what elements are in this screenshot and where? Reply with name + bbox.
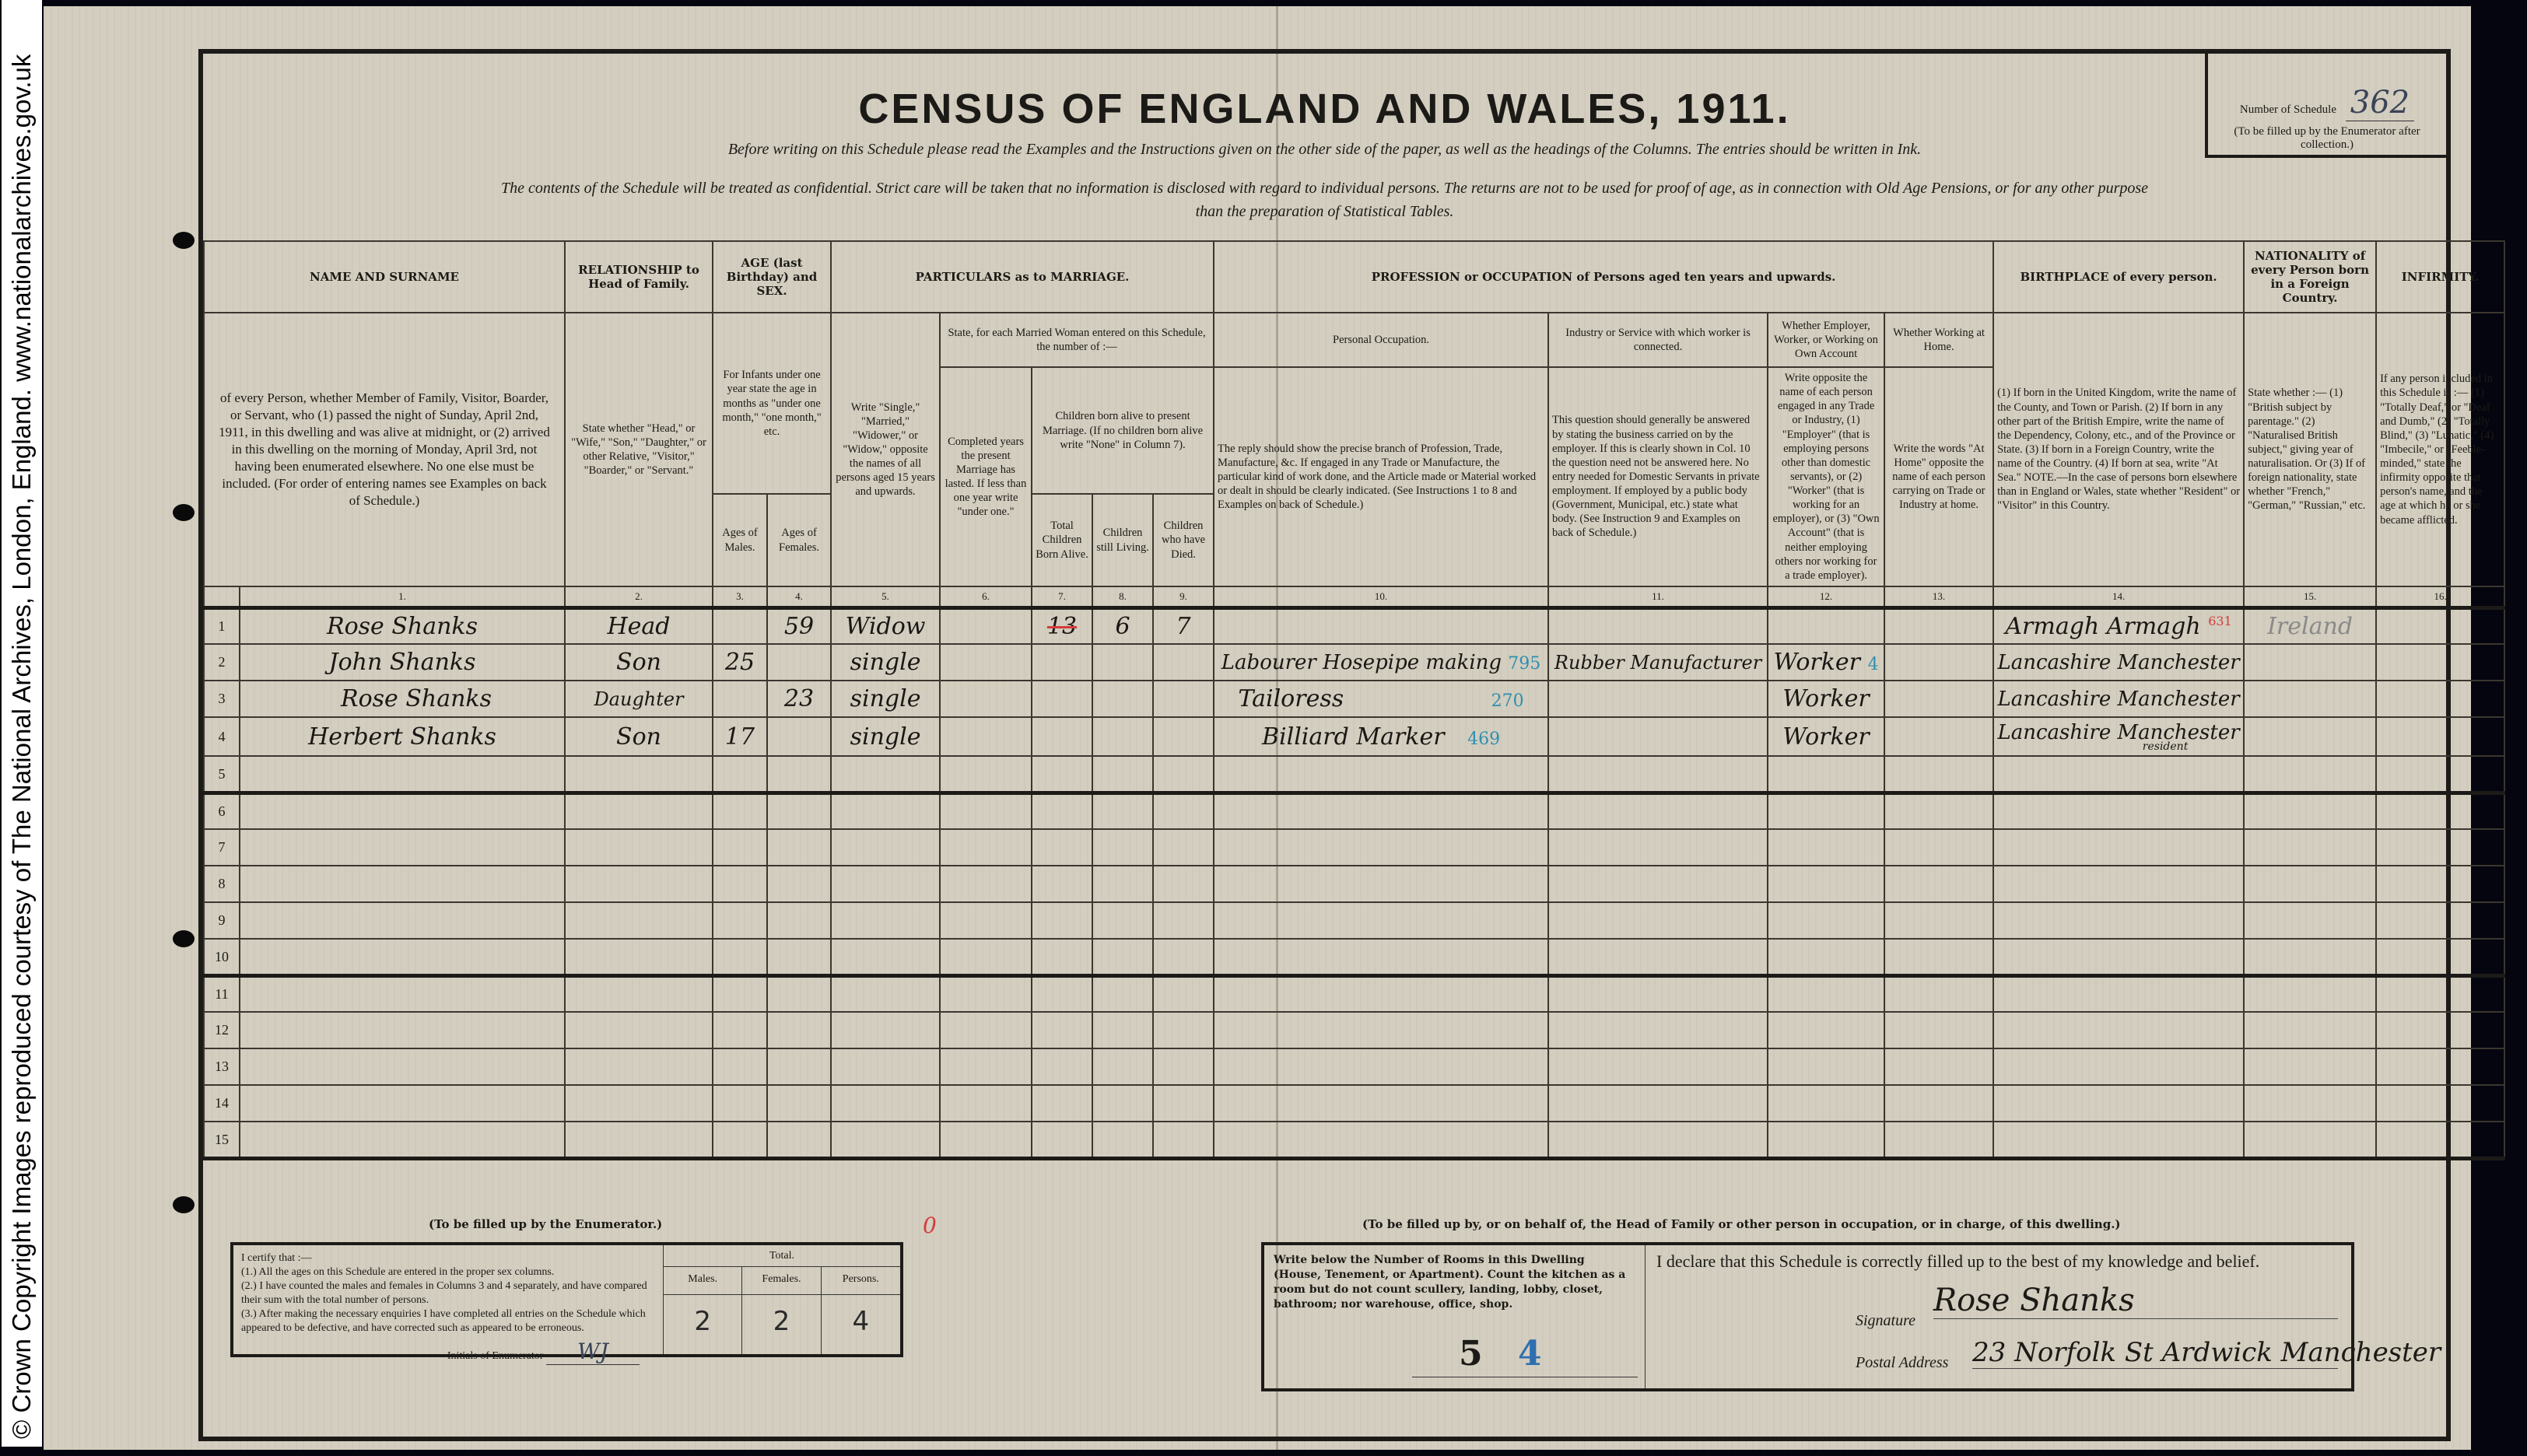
- age-female[interactable]: 23: [767, 681, 831, 717]
- birthplace-instruction: (1) If born in the United Kingdom, write…: [1993, 313, 2244, 586]
- ages-females-label: Ages of Females.: [767, 494, 831, 586]
- row-number: 12: [204, 1012, 240, 1048]
- col-num: 8.: [1092, 586, 1153, 608]
- col-num: 5.: [831, 586, 940, 608]
- name-instruction: of every Person, whether Member of Famil…: [204, 313, 565, 586]
- age-female[interactable]: [767, 644, 831, 681]
- initials-label: Initials of Enumerator: [447, 1350, 544, 1362]
- birthplace[interactable]: Armagh Armagh: [2005, 613, 2200, 640]
- schedule-number[interactable]: 362: [2346, 85, 2414, 121]
- occupation[interactable]: [1214, 607, 1548, 644]
- at-home[interactable]: [1884, 681, 1993, 717]
- declaration-text: I declare that this Schedule is correctl…: [1656, 1251, 2259, 1272]
- col-num: 7.: [1032, 586, 1092, 608]
- confidential-line-2: than the preparation of Statistical Tabl…: [203, 203, 2446, 221]
- nationality[interactable]: [2244, 644, 2376, 681]
- census-form: CENSUS OF ENGLAND AND WALES, 1911. Befor…: [198, 49, 2451, 1441]
- footer-section: (To be filled up by the Enumerator.) 0 I…: [203, 1205, 2446, 1437]
- relationship-instruction: State whether "Head," or "Wife," "Son," …: [565, 313, 713, 586]
- empty-row[interactable]: 7: [204, 829, 2504, 866]
- row-number: 11: [204, 975, 240, 1012]
- person-name[interactable]: Rose Shanks: [240, 681, 565, 717]
- children-total[interactable]: 13: [1032, 607, 1092, 644]
- rooms-count: 5: [1459, 1334, 1483, 1374]
- rooms-field[interactable]: 5 4: [1412, 1331, 1638, 1377]
- infirmity-instruction: If any person included in this Schedule …: [2376, 313, 2504, 586]
- age-female[interactable]: 59: [767, 607, 831, 644]
- header-marriage: PARTICULARS as to MARRIAGE.: [831, 241, 1214, 313]
- birthplace-code: 631: [2208, 614, 2232, 628]
- empty-row[interactable]: 8: [204, 866, 2504, 902]
- certify-item: (2.) I have counted the males and female…: [241, 1279, 655, 1307]
- row-number: 10: [204, 939, 240, 975]
- row-number: 5: [204, 756, 240, 793]
- row-number: 2: [204, 644, 240, 681]
- infirmity[interactable]: [2376, 644, 2504, 681]
- children-living[interactable]: [1092, 717, 1153, 756]
- age-male[interactable]: 17: [713, 717, 767, 756]
- household-caption: (To be filled up by, or on behalf of, th…: [1362, 1217, 2121, 1231]
- relationship[interactable]: Daughter: [565, 681, 713, 717]
- empty-row[interactable]: 10: [204, 939, 2504, 975]
- punch-hole: [173, 232, 195, 249]
- col-num: 10.: [1214, 586, 1548, 608]
- copyright-notice: © Crown Copyright Images reproduced cour…: [2, 0, 42, 1447]
- col-num: 13.: [1884, 586, 1993, 608]
- industry[interactable]: Rubber Manufacturer: [1548, 644, 1768, 681]
- occupation[interactable]: Tailoress: [1238, 685, 1344, 712]
- totals-grid: Total. Males. Females. Persons. 2 2 4: [663, 1245, 900, 1354]
- row-number: 15: [204, 1122, 240, 1158]
- empty-row[interactable]: 14: [204, 1085, 2504, 1122]
- children-died[interactable]: [1153, 644, 1214, 681]
- total-children-label: Total Children Born Alive.: [1032, 494, 1092, 586]
- children-total[interactable]: [1032, 644, 1092, 681]
- header-birthplace: BIRTHPLACE of every person.: [1993, 241, 2244, 313]
- personal-occupation-instruction: The reply should show the precise branch…: [1214, 367, 1548, 586]
- nationality[interactable]: Ireland: [2244, 607, 2376, 644]
- enumerator-mark: 0: [923, 1213, 937, 1238]
- occupation[interactable]: Billiard Marker: [1262, 723, 1445, 751]
- row-number: 14: [204, 1085, 240, 1122]
- at-home[interactable]: [1884, 607, 1993, 644]
- schedule-note: (To be filled up by the Enumerator after…: [2208, 125, 2446, 152]
- infirmity[interactable]: [2376, 681, 2504, 717]
- marriage-years[interactable]: [940, 644, 1032, 681]
- person-name[interactable]: Rose Shanks: [240, 607, 565, 644]
- rooms-section: Write below the Number of Rooms in this …: [1264, 1245, 1646, 1388]
- children-died[interactable]: [1153, 717, 1214, 756]
- col-num: 4.: [767, 586, 831, 608]
- birthplace[interactable]: Lancashire Manchester: [1997, 651, 2239, 674]
- col-num: 15.: [2244, 586, 2376, 608]
- schedule-number-label: Number of Schedule: [2240, 103, 2336, 116]
- col-num: 1.: [240, 586, 565, 608]
- infirmity[interactable]: [2376, 607, 2504, 644]
- col-num: 3.: [713, 586, 767, 608]
- row-number: 13: [204, 1048, 240, 1085]
- punch-hole: [173, 930, 195, 947]
- col-num: 6.: [940, 586, 1032, 608]
- schedule-number-box: Number of Schedule 362 (To be filled up …: [2205, 54, 2446, 158]
- marital-condition[interactable]: single: [831, 681, 940, 717]
- at-home[interactable]: [1884, 644, 1993, 681]
- children-living[interactable]: [1092, 681, 1153, 717]
- header-name: NAME AND SURNAME: [204, 241, 565, 313]
- ages-males-label: Ages of Males.: [713, 494, 767, 586]
- relationship[interactable]: Head: [565, 607, 713, 644]
- col-num: 16.: [2376, 586, 2504, 608]
- total-females[interactable]: 2: [742, 1295, 821, 1354]
- infirmity[interactable]: [2376, 717, 2504, 756]
- age-male[interactable]: [713, 607, 767, 644]
- employer-instruction: Write opposite the name of each person e…: [1768, 367, 1884, 586]
- header-age: AGE (last Birthday) and SEX.: [713, 241, 831, 313]
- marriage-years-instruction: Completed years the present Marriage has…: [940, 367, 1032, 586]
- empty-row[interactable]: 9: [204, 902, 2504, 939]
- occupation-code: 469: [1467, 730, 1500, 749]
- employment-status[interactable]: Worker: [1774, 649, 1860, 676]
- employment-status[interactable]: Worker: [1768, 717, 1884, 756]
- occupation[interactable]: Labourer Hosepipe making: [1221, 651, 1502, 674]
- industry[interactable]: [1548, 717, 1768, 756]
- marriage-years[interactable]: [940, 681, 1032, 717]
- enumerator-box: I certify that :— (1.) All the ages on t…: [230, 1242, 903, 1357]
- industry[interactable]: [1548, 681, 1768, 717]
- married-woman-instruction: State, for each Married Woman entered on…: [940, 313, 1214, 367]
- age-female[interactable]: [767, 717, 831, 756]
- row-number: 8: [204, 866, 240, 902]
- occupation-code: 795: [1508, 654, 1540, 674]
- children-living[interactable]: [1092, 644, 1153, 681]
- birthplace[interactable]: Lancashire Manchester: [1997, 688, 2239, 711]
- personal-occupation-label: Personal Occupation.: [1214, 313, 1548, 367]
- certify-item: (3.) After making the necessary enquirie…: [241, 1307, 655, 1335]
- row-number: 1: [204, 607, 240, 644]
- industry-label: Industry or Service with which worker is…: [1548, 313, 1768, 367]
- col-num: 2.: [565, 586, 713, 608]
- nationality[interactable]: [2244, 717, 2376, 756]
- employment-status[interactable]: Worker: [1768, 681, 1884, 717]
- empty-row[interactable]: 15: [204, 1122, 2504, 1158]
- header-relationship: RELATIONSHIP to Head of Family.: [565, 241, 713, 313]
- signature-field[interactable]: Rose Shanks: [1933, 1283, 2338, 1319]
- age-male[interactable]: [713, 681, 767, 717]
- certify-label: I certify that :—: [241, 1251, 655, 1265]
- children-living-label: Children still Living.: [1092, 494, 1153, 586]
- home-instruction: Write the words "At Home" opposite the n…: [1884, 367, 1993, 586]
- marital-condition[interactable]: single: [831, 644, 940, 681]
- col-num: 12.: [1768, 586, 1884, 608]
- punch-hole: [173, 504, 195, 521]
- empty-row[interactable]: 13: [204, 1048, 2504, 1085]
- row-number: 9: [204, 902, 240, 939]
- enumerator-certification: I certify that :— (1.) All the ages on t…: [233, 1245, 663, 1354]
- at-home[interactable]: [1884, 717, 1993, 756]
- occupation-code: 270: [1491, 691, 1524, 711]
- header-occupation: PROFESSION or OCCUPATION of Persons aged…: [1214, 241, 1993, 313]
- person-name[interactable]: John Shanks: [240, 644, 565, 681]
- col-num: 11.: [1548, 586, 1768, 608]
- children-instruction: Children born alive to present Marriage.…: [1032, 367, 1214, 494]
- employer-label: Whether Employer, Worker, or Working on …: [1768, 313, 1884, 367]
- employment-status[interactable]: [1768, 607, 1884, 644]
- condition-instruction: Write "Single," "Married," "Widower," or…: [831, 313, 940, 586]
- total-males[interactable]: 2: [664, 1295, 742, 1354]
- enumerator-caption: (To be filled up by the Enumerator.): [429, 1217, 662, 1231]
- employment-code: 4: [1868, 655, 1879, 674]
- children-died-label: Children who have Died.: [1153, 494, 1214, 586]
- females-label: Females.: [742, 1267, 821, 1295]
- declaration-section: I declare that this Schedule is correctl…: [1646, 1245, 2351, 1388]
- age-instruction: For Infants under one year state the age…: [713, 313, 831, 494]
- children-died[interactable]: [1153, 681, 1214, 717]
- instructions-line: Before writing on this Schedule please r…: [203, 141, 2446, 159]
- person-name[interactable]: Herbert Shanks: [240, 717, 565, 756]
- enumerator-initials[interactable]: WJ: [546, 1339, 640, 1365]
- relationship[interactable]: Son: [565, 717, 713, 756]
- children-died[interactable]: 7: [1153, 607, 1214, 644]
- certify-item: (1.) All the ages on this Schedule are e…: [241, 1265, 655, 1279]
- rooms-instruction: Write below the Number of Rooms in this …: [1274, 1253, 1635, 1312]
- person-row[interactable]: 3 Rose Shanks Daughter 23 single Tailore…: [204, 681, 2504, 717]
- address-field[interactable]: 23 Norfolk St Ardwick Manchester: [1972, 1337, 2338, 1369]
- birthplace[interactable]: Lancashire Manchester: [1997, 721, 2239, 744]
- census-table: NAME AND SURNAME RELATIONSHIP to Head of…: [203, 240, 2505, 1160]
- total-label: Total.: [664, 1245, 900, 1267]
- household-box: Write below the Number of Rooms in this …: [1261, 1242, 2354, 1391]
- children-total[interactable]: [1032, 717, 1092, 756]
- persons-label: Persons.: [822, 1267, 900, 1295]
- children-total[interactable]: [1032, 681, 1092, 717]
- industry[interactable]: [1548, 607, 1768, 644]
- page-title: CENSUS OF ENGLAND AND WALES, 1911.: [203, 85, 2446, 133]
- signature-label: Signature: [1856, 1312, 1915, 1330]
- row-number: 6: [204, 793, 240, 829]
- confidential-line: The contents of the Schedule will be tre…: [203, 180, 2446, 198]
- row-number: 4: [204, 717, 240, 756]
- punch-hole: [173, 1196, 195, 1213]
- empty-row[interactable]: 5: [204, 756, 2504, 793]
- header-nationality: NATIONALITY of every Person born in a Fo…: [2244, 241, 2376, 313]
- person-row[interactable]: 2 John Shanks Son 25 single Labourer Hos…: [204, 644, 2504, 681]
- marriage-years[interactable]: [940, 607, 1032, 644]
- address-label: Postal Address: [1856, 1354, 1948, 1372]
- marital-condition[interactable]: single: [831, 717, 940, 756]
- marriage-years[interactable]: [940, 717, 1032, 756]
- industry-instruction: This question should generally be answer…: [1548, 367, 1768, 586]
- header-infirmity: INFIRMITY.: [2376, 241, 2504, 313]
- nationality-instruction: State whether :— (1) "British subject by…: [2244, 313, 2376, 586]
- empty-row[interactable]: 12: [204, 1012, 2504, 1048]
- column-numbers: 1. 2. 3. 4. 5. 6. 7. 8. 9. 10. 11. 12. 1…: [204, 586, 2504, 608]
- row-number: 3: [204, 681, 240, 717]
- row-number: 7: [204, 829, 240, 866]
- col-num: 9.: [1153, 586, 1214, 608]
- col-num: 14.: [1993, 586, 2244, 608]
- rooms-corrected: 4: [1518, 1334, 1542, 1374]
- total-persons[interactable]: 4: [822, 1295, 900, 1354]
- person-row[interactable]: 1 Rose Shanks Head 59 Widow 13 6 7 Armag…: [204, 607, 2504, 644]
- empty-row[interactable]: 11: [204, 975, 2504, 1012]
- empty-row[interactable]: 6: [204, 793, 2504, 829]
- age-male[interactable]: 25: [713, 644, 767, 681]
- males-label: Males.: [664, 1267, 742, 1295]
- nationality[interactable]: [2244, 681, 2376, 717]
- relationship[interactable]: Son: [565, 644, 713, 681]
- children-living[interactable]: 6: [1092, 607, 1153, 644]
- person-row[interactable]: 4 Herbert Shanks Son 17 single Billiard …: [204, 717, 2504, 756]
- marital-condition[interactable]: Widow: [831, 607, 940, 644]
- home-label: Whether Working at Home.: [1884, 313, 1993, 367]
